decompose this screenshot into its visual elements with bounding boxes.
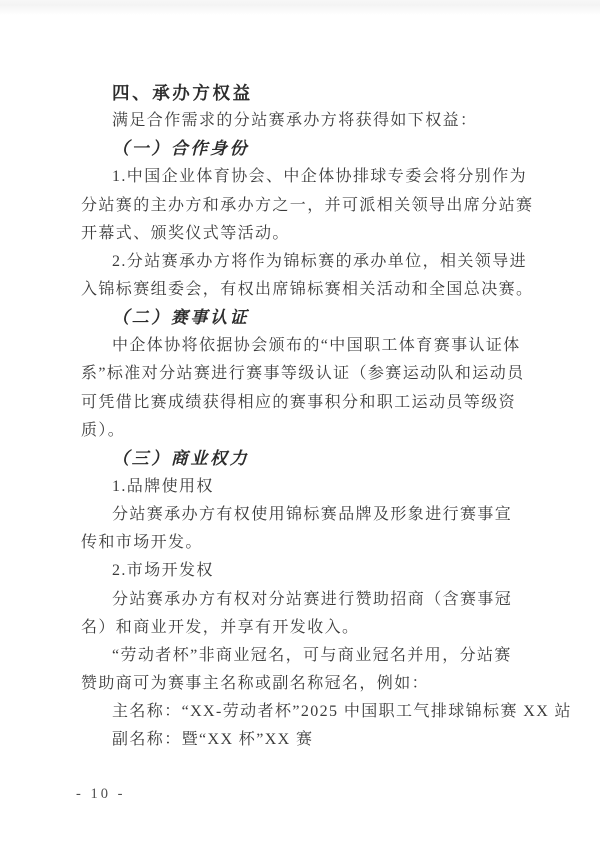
paragraph-line: 开幕式、颁奖仪式等活动。 (81, 220, 551, 248)
subheading-1-cooperation-identity: （一）合作身份 (81, 135, 551, 163)
paragraph-line: 名）和商业开发，并享有开发收入。 (81, 614, 551, 642)
paragraph-line: 分站赛承办方有权使用锦标赛品牌及形象进行赛事宣 (81, 501, 551, 529)
example-sub-title-line: 副名称：暨“XX 杯”XX 赛 (81, 726, 551, 754)
paragraph-line: 系”标准对分站赛进行赛事等级认证（参赛运动队和运动员 (81, 360, 551, 388)
list-item-market-development: 2.市场开发权 (81, 557, 551, 585)
subheading-2-event-certification: （二）赛事认证 (81, 304, 551, 332)
paragraph-line: 中企体协将依据协会颁布的“中国职工体育赛事认证体 (81, 332, 551, 360)
section-heading-4: 四、承办方权益 (81, 79, 551, 107)
paragraph-line: 质）。 (81, 417, 551, 445)
paragraph-line: 入锦标赛组委会，有权出席锦标赛相关活动和全国总决赛。 (81, 276, 551, 304)
document-text-block: 四、承办方权益 满足合作需求的分站赛承办方将获得如下权益： （一）合作身份 1.… (81, 79, 551, 754)
list-item-brand-usage: 1.品牌使用权 (81, 473, 551, 501)
paragraph-line: 分站赛的主办方和承办方之一，并可派相关领导出席分站赛 (81, 192, 551, 220)
example-main-title-line: 主名称：“XX-劳动者杯”2025 中国职工气排球锦标赛 XX 站 (81, 698, 551, 726)
paragraph-line: 分站赛承办方有权对分站赛进行赞助招商（含赛事冠 (81, 586, 551, 614)
page-number: - 10 - (76, 785, 125, 803)
paragraph-line: 赞助商可为赛事主名称或副名称冠名，例如： (81, 670, 551, 698)
intro-line: 满足合作需求的分站赛承办方将获得如下权益： (81, 107, 551, 135)
subheading-3-commercial-rights: （三）商业权力 (81, 445, 551, 473)
paragraph-line: 1.中国企业体育协会、中企体协排球专委会将分别作为 (81, 163, 551, 191)
scan-edge-shading (0, 0, 600, 16)
paragraph-line: “劳动者杯”非商业冠名，可与商业冠名并用，分站赛 (81, 642, 551, 670)
document-page: 四、承办方权益 满足合作需求的分站赛承办方将获得如下权益： （一）合作身份 1.… (0, 0, 600, 848)
paragraph-line: 传和市场开发。 (81, 529, 551, 557)
paragraph-line: 2.分站赛承办方将作为锦标赛的承办单位，相关领导进 (81, 248, 551, 276)
paragraph-line: 可凭借比赛成绩获得相应的赛事积分和职工运动员等级资 (81, 389, 551, 417)
